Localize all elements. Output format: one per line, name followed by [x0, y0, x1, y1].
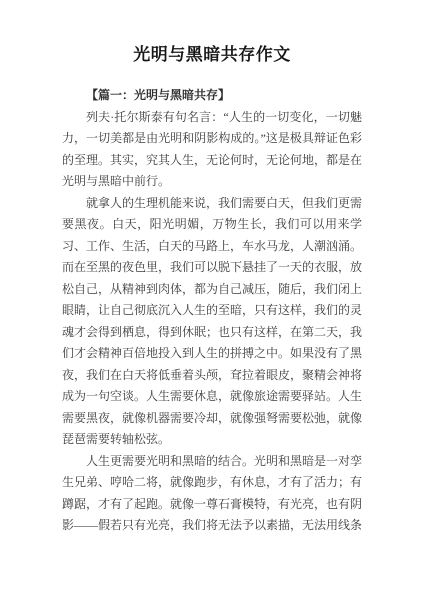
essay-page: 光明与黑暗共存作文 【篇一：光明与黑暗共存】 列夫·托尔斯泰有句名言：“人生的一…: [0, 0, 424, 600]
paragraph-3: 人生更需要光明和黑暗的结合。光明和黑暗是一对孪生兄弟、哼哈二将，就像跑步，有休息…: [62, 451, 362, 537]
section-heading: 【篇一：光明与黑暗共存】: [62, 85, 362, 107]
document-title: 光明与黑暗共存作文: [62, 42, 362, 68]
paragraph-1: 列夫·托尔斯泰有句名言：“人生的一切变化，一切魅力，一切美都是由光明和阴影构成的…: [62, 107, 362, 193]
paragraph-2: 就拿人的生理机能来说，我们需要白天，但我们更需要黑夜。白天，阳光明媚，万物生长，…: [62, 193, 362, 451]
